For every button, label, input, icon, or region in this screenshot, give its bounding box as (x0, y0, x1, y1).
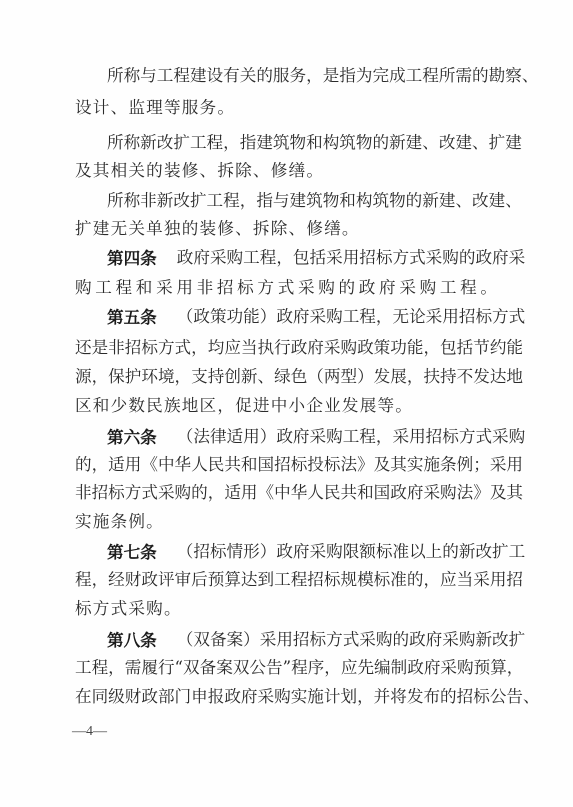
paragraph-line: 还是非招标方式，均应当执行政府采购政策功能，包括节约能 (75, 336, 497, 360)
article-4-first-line: 第四条 政府采购工程，包括采用招标方式采购的政府采 (107, 246, 497, 270)
paragraph-line: 工程，需履行“双备案双公告”程序，应先编制政府采购预算， (75, 656, 497, 680)
paragraph-line: 非招标方式采购的，适用《中华人民共和国政府采购法》及其 (75, 481, 497, 505)
paragraph-line: 购工程和采用非招标方式采购的政府采购工程。 (75, 276, 497, 300)
paragraph-line: 扩建无关单独的装修、拆除、修缮。 (75, 217, 497, 241)
paragraph-line: 的，适用《中华人民共和国招标投标法》及其实施条例；采用 (75, 453, 497, 477)
paragraph-line: 所称与工程建设有关的服务，是指为完成工程所需的勘察、 (107, 64, 497, 88)
paragraph-line: 所称新改扩工程，指建筑物和构筑物的新建、改建、扩建 (107, 131, 497, 155)
article-5-first-line: 第五条 （政策功能）政府采购工程，无论采用招标方式 (107, 305, 497, 329)
article-7-first-line: 第七条 （招标情形）政府采购限额标准以上的新改扩工 (107, 540, 497, 564)
paragraph-line: 所称非新改扩工程，指与建筑物和构筑物的新建、改建、 (107, 189, 497, 213)
paragraph-line: 及其相关的装修、拆除、修缮。 (75, 159, 497, 183)
document-page: 所称与工程建设有关的服务，是指为完成工程所需的勘察、 设计、监理等服务。 所称新… (0, 0, 573, 807)
paragraph-line: 源，保护环境，支持创新、绿色（两型）发展，扶持不发达地 (75, 365, 497, 389)
paragraph-line: （法律适用）政府采购工程，采用招标方式采购 (177, 425, 525, 449)
paragraph-line: 在同级财政部门申报政府采购实施计划，并将发布的招标公告、 (75, 685, 497, 709)
page-number: —4— (72, 724, 107, 740)
article-heading: 第六条 (107, 425, 157, 449)
paragraph-line: 政府采购工程，包括采用招标方式采购的政府采 (177, 246, 525, 270)
article-6-first-line: 第六条 （法律适用）政府采购工程，采用招标方式采购 (107, 425, 497, 449)
article-heading: 第四条 (107, 246, 157, 270)
article-heading: 第七条 (107, 540, 157, 564)
paragraph-line: 区和少数民族地区，促进中小企业发展等。 (75, 394, 497, 418)
paragraph-line: （招标情形）政府采购限额标准以上的新改扩工 (177, 540, 525, 564)
paragraph-line: 设计、监理等服务。 (75, 96, 497, 120)
article-heading: 第五条 (107, 305, 157, 329)
paragraph-line: （双备案）采用招标方式采购的政府采购新改扩 (177, 628, 525, 652)
paragraph-line: 标方式采购。 (75, 597, 497, 621)
article-8-first-line: 第八条 （双备案）采用招标方式采购的政府采购新改扩 (107, 628, 497, 652)
paragraph-line: 实施条例。 (75, 510, 497, 534)
article-heading: 第八条 (107, 628, 157, 652)
paragraph-line: 程，经财政评审后预算达到工程招标规模标准的，应当采用招 (75, 568, 497, 592)
paragraph-line: （政策功能）政府采购工程，无论采用招标方式 (177, 305, 525, 329)
